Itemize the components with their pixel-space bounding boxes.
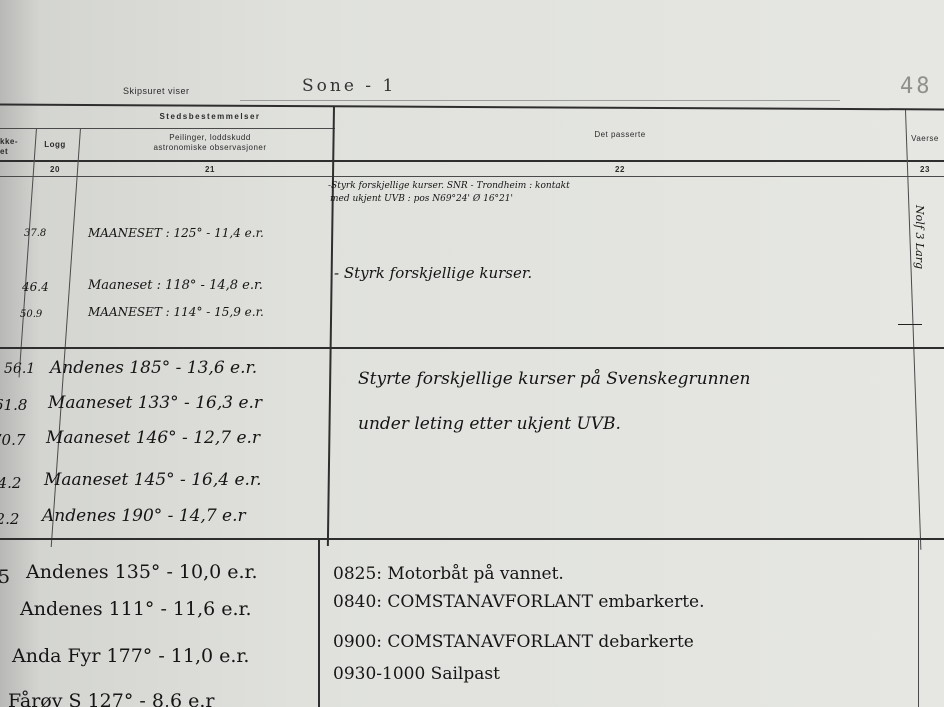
peiling-entry: Fårøy S 127° - 8,6 e.r bbox=[8, 690, 214, 707]
skipsuret-value: Sone - 1 bbox=[302, 76, 396, 96]
peiling-entry: MAANESET : 114° - 15,9 e.r. bbox=[88, 305, 264, 319]
col-right-partial: Vaerse bbox=[905, 134, 944, 143]
table-top-border bbox=[0, 104, 944, 111]
col-divider-4-lower bbox=[918, 540, 919, 707]
note-line: 0840: COMSTANAVFORLANT embarkerte. bbox=[333, 592, 705, 612]
logg-value: 74.2 bbox=[0, 474, 21, 492]
logg-value: 5 bbox=[0, 566, 10, 588]
num-logg: 20 bbox=[40, 165, 70, 174]
logg-value: 56.1 bbox=[4, 361, 35, 377]
logg-value: 37.8 bbox=[24, 228, 46, 239]
group-title: Stedsbestemmelser bbox=[85, 112, 335, 121]
logbook-page: Skipsuret viser Sone - 1 48 Stedsbestemm… bbox=[0, 0, 944, 707]
peiling-entry: Maaneset 145° - 16,4 e.r. bbox=[44, 470, 262, 490]
note-line: under leting etter ukjent UVB. bbox=[358, 414, 621, 434]
peiling-entry: Andenes 190° - 14,7 e.r bbox=[42, 506, 246, 526]
section-divider-2 bbox=[0, 538, 944, 540]
logg-value: 82.2 bbox=[0, 510, 19, 528]
margin-mark bbox=[898, 324, 922, 325]
logg-value: 46.4 bbox=[22, 280, 49, 294]
skipsuret-label: Skipsuret viser bbox=[123, 86, 190, 96]
peiling-entry: MAANESET : 125° - 11,4 e.r. bbox=[88, 226, 264, 240]
peiling-entry: Maaneset 146° - 12,7 e.r bbox=[46, 428, 260, 448]
section-divider-1 bbox=[0, 347, 944, 349]
numbers-bottom-border bbox=[0, 176, 944, 177]
col-peilinger-line2: astronomiske observasjoner bbox=[85, 143, 335, 152]
col-peilinger-line1: Peilinger, loddskudd bbox=[85, 133, 335, 142]
note-line: -Styrk forskjellige kurser. SNR - Trondh… bbox=[328, 181, 570, 191]
col-divider-1 bbox=[19, 128, 37, 377]
logg-value: 61.8 bbox=[0, 396, 27, 414]
num-right: 23 bbox=[905, 165, 944, 174]
page-number: 48 bbox=[900, 74, 933, 99]
note-line: - Styrk forskjellige kurser. bbox=[334, 264, 532, 282]
note-line: 0825: Motorbåt på vannet. bbox=[333, 564, 564, 584]
group-divider bbox=[0, 128, 335, 129]
margin-note: Nolf 3 Larg bbox=[913, 205, 926, 269]
header-underline bbox=[240, 100, 840, 101]
peiling-entry: Andenes 135° - 10,0 e.r. bbox=[26, 561, 258, 583]
peiling-entry: Andenes 185° - 13,6 e.r. bbox=[50, 358, 257, 378]
logg-value: 70.7 bbox=[0, 431, 25, 449]
peiling-entry: Maaneset : 118° - 14,8 e.r. bbox=[88, 278, 263, 293]
note-line: Styrte forskjellige kurser på Svenskegru… bbox=[358, 369, 751, 389]
col-partial-left: kke- et bbox=[0, 137, 38, 157]
num-det-passerte: 22 bbox=[335, 165, 905, 174]
note-line: 0930-1000 Sailpast bbox=[333, 664, 500, 684]
peiling-entry: Anda Fyr 177° - 11,0 e.r. bbox=[12, 645, 249, 667]
col-logg: Logg bbox=[40, 140, 70, 149]
peiling-entry: Andenes 111° - 11,6 e.r. bbox=[20, 598, 252, 620]
note-line: 0900: COMSTANAVFORLANT debarkerte bbox=[333, 632, 694, 652]
num-peilinger: 21 bbox=[85, 165, 335, 174]
note-line: med ukjent UVB : pos N69°24' Ø 16°21' bbox=[330, 194, 513, 204]
col-divider-3-lower bbox=[318, 540, 320, 707]
col-det-passerte: Det passerte bbox=[335, 130, 905, 139]
peiling-entry: Maaneset 133° - 16,3 e.r bbox=[48, 393, 262, 413]
logg-value: 50.9 bbox=[20, 309, 42, 320]
header-bottom-border bbox=[0, 160, 944, 162]
